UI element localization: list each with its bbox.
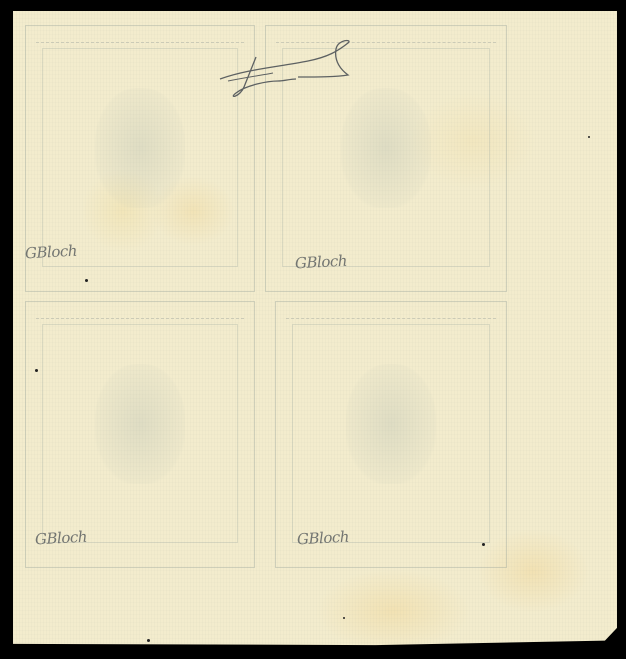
crest-showthrough (346, 364, 436, 484)
stamp-bottom-left (25, 301, 255, 568)
paper-speck (343, 617, 345, 619)
expertizer-signature: GBloch (35, 528, 88, 549)
paper-speck (147, 639, 150, 642)
crest-showthrough (95, 364, 185, 484)
stamp-inscription-line (286, 308, 496, 319)
pencil-signature-top (218, 39, 368, 109)
stamp-bottom-right (275, 301, 507, 568)
expertizer-signature: GBloch (297, 528, 350, 549)
stamp-inscription-line (36, 308, 244, 319)
expertizer-signature: GBloch (25, 242, 78, 263)
paper-speck (85, 279, 88, 282)
stamp-inscription-line (36, 32, 244, 43)
paper-speck (588, 136, 590, 138)
crest-showthrough (95, 88, 185, 208)
paper-speck (35, 369, 38, 372)
stamp-block-reverse: GBloch GBloch GBloch GBloch (13, 11, 617, 647)
paper-speck (482, 543, 485, 546)
expertizer-signature: GBloch (295, 252, 348, 273)
